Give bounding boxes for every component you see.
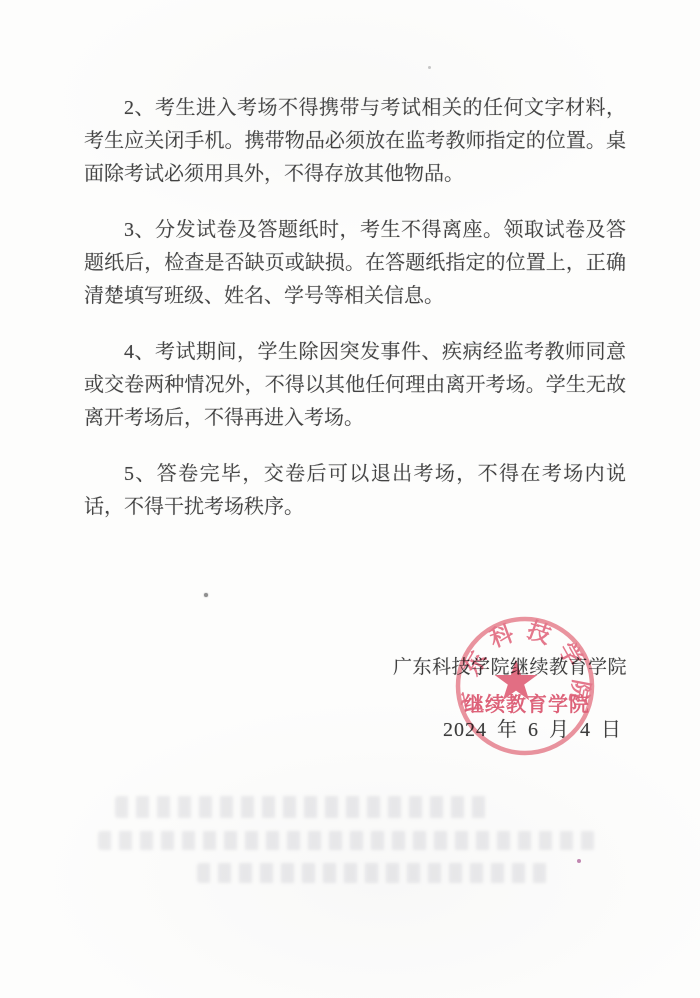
exam-rules-text: 2、考生进入考场不得携带与考试相关的任何文字材料，考生应关闭手机。携带物品必须放… [84, 92, 626, 547]
rule-paragraph-2: 2、考生进入考场不得携带与考试相关的任何文字材料，考生应关闭手机。携带物品必须放… [84, 92, 626, 191]
scan-speck [204, 593, 208, 597]
rule-paragraph-3: 3、分发试卷及答题纸时，考生不得离座。领取试卷及答题纸后，检查是否缺页或缺损。在… [84, 214, 626, 313]
official-seal-stamp: 广东科技学院 继续教育学院 [452, 613, 598, 759]
seal-bottom-text: 继续教育学院 [464, 692, 590, 716]
bleed-through-row [197, 863, 553, 883]
bleed-through-row [98, 831, 595, 850]
scan-speck [577, 859, 581, 863]
rule-paragraph-5: 5、答卷完毕，交卷后可以退出考场，不得在考场内说话，不得干扰考场秩序。 [84, 458, 626, 524]
scanned-document-page: 2、考生进入考场不得携带与考试相关的任何文字材料，考生应关闭手机。携带物品必须放… [0, 0, 700, 998]
scan-speck [428, 66, 431, 69]
bleed-through-row [115, 796, 490, 818]
rule-paragraph-4: 4、考试期间，学生除因突发事件、疾病经监考教师同意或交卷两种情况外，不得以其他任… [84, 336, 626, 435]
